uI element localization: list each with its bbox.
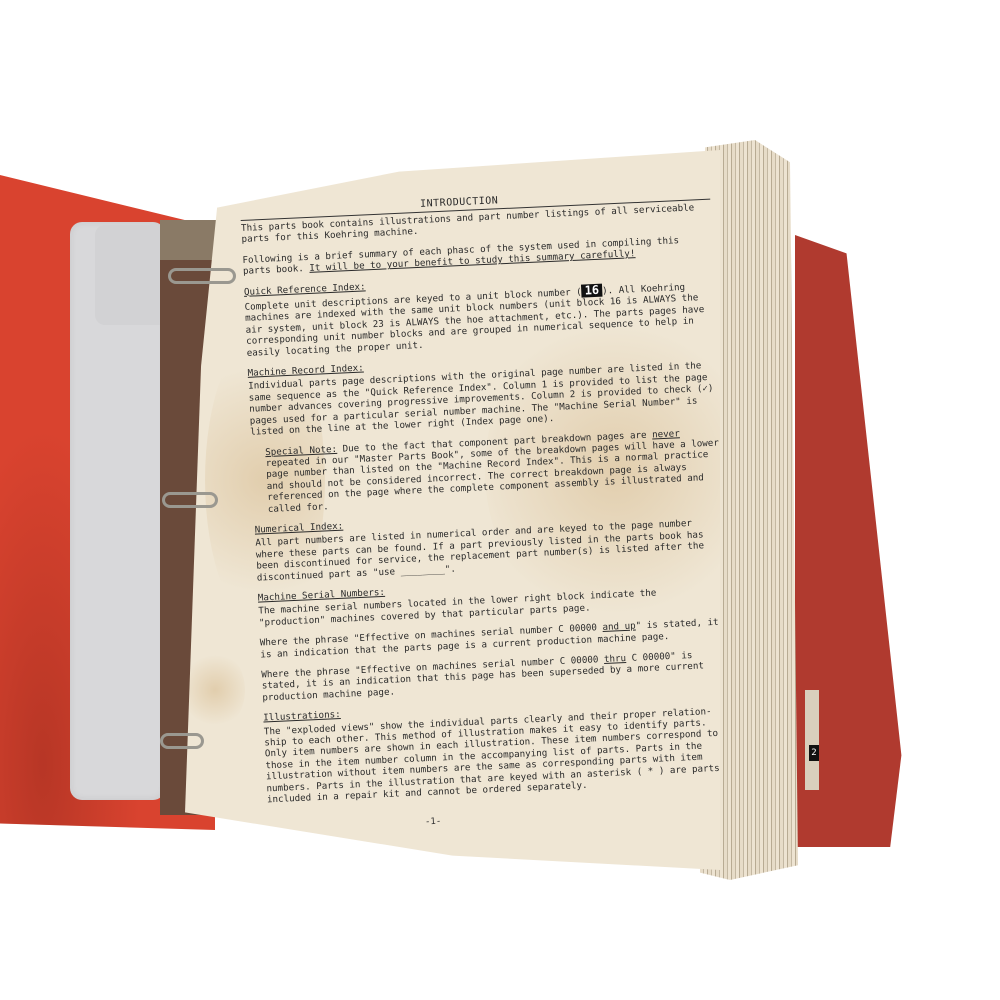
page-number: -1-: [425, 817, 442, 828]
binder-ring-bottom: [160, 733, 204, 749]
binder-ring-top: [168, 268, 236, 284]
page-content: INTRODUCTION This parts book contains il…: [240, 184, 737, 815]
binder-photo: 2 INTRODUCTION This parts book contains …: [0, 0, 1000, 1000]
section-special-note: Special Note: Due to the fact that compo…: [251, 426, 724, 516]
page-side-tab: [805, 690, 819, 790]
water-stain: [185, 650, 245, 730]
unit-block-badge: 16: [581, 284, 602, 298]
special-note-emphasis: never: [652, 428, 680, 440]
side-tab-label: 2: [809, 745, 819, 761]
binder-ring-middle: [162, 492, 218, 508]
thru-emphasis: thru: [604, 653, 627, 665]
binder-spine-top: [160, 220, 220, 260]
